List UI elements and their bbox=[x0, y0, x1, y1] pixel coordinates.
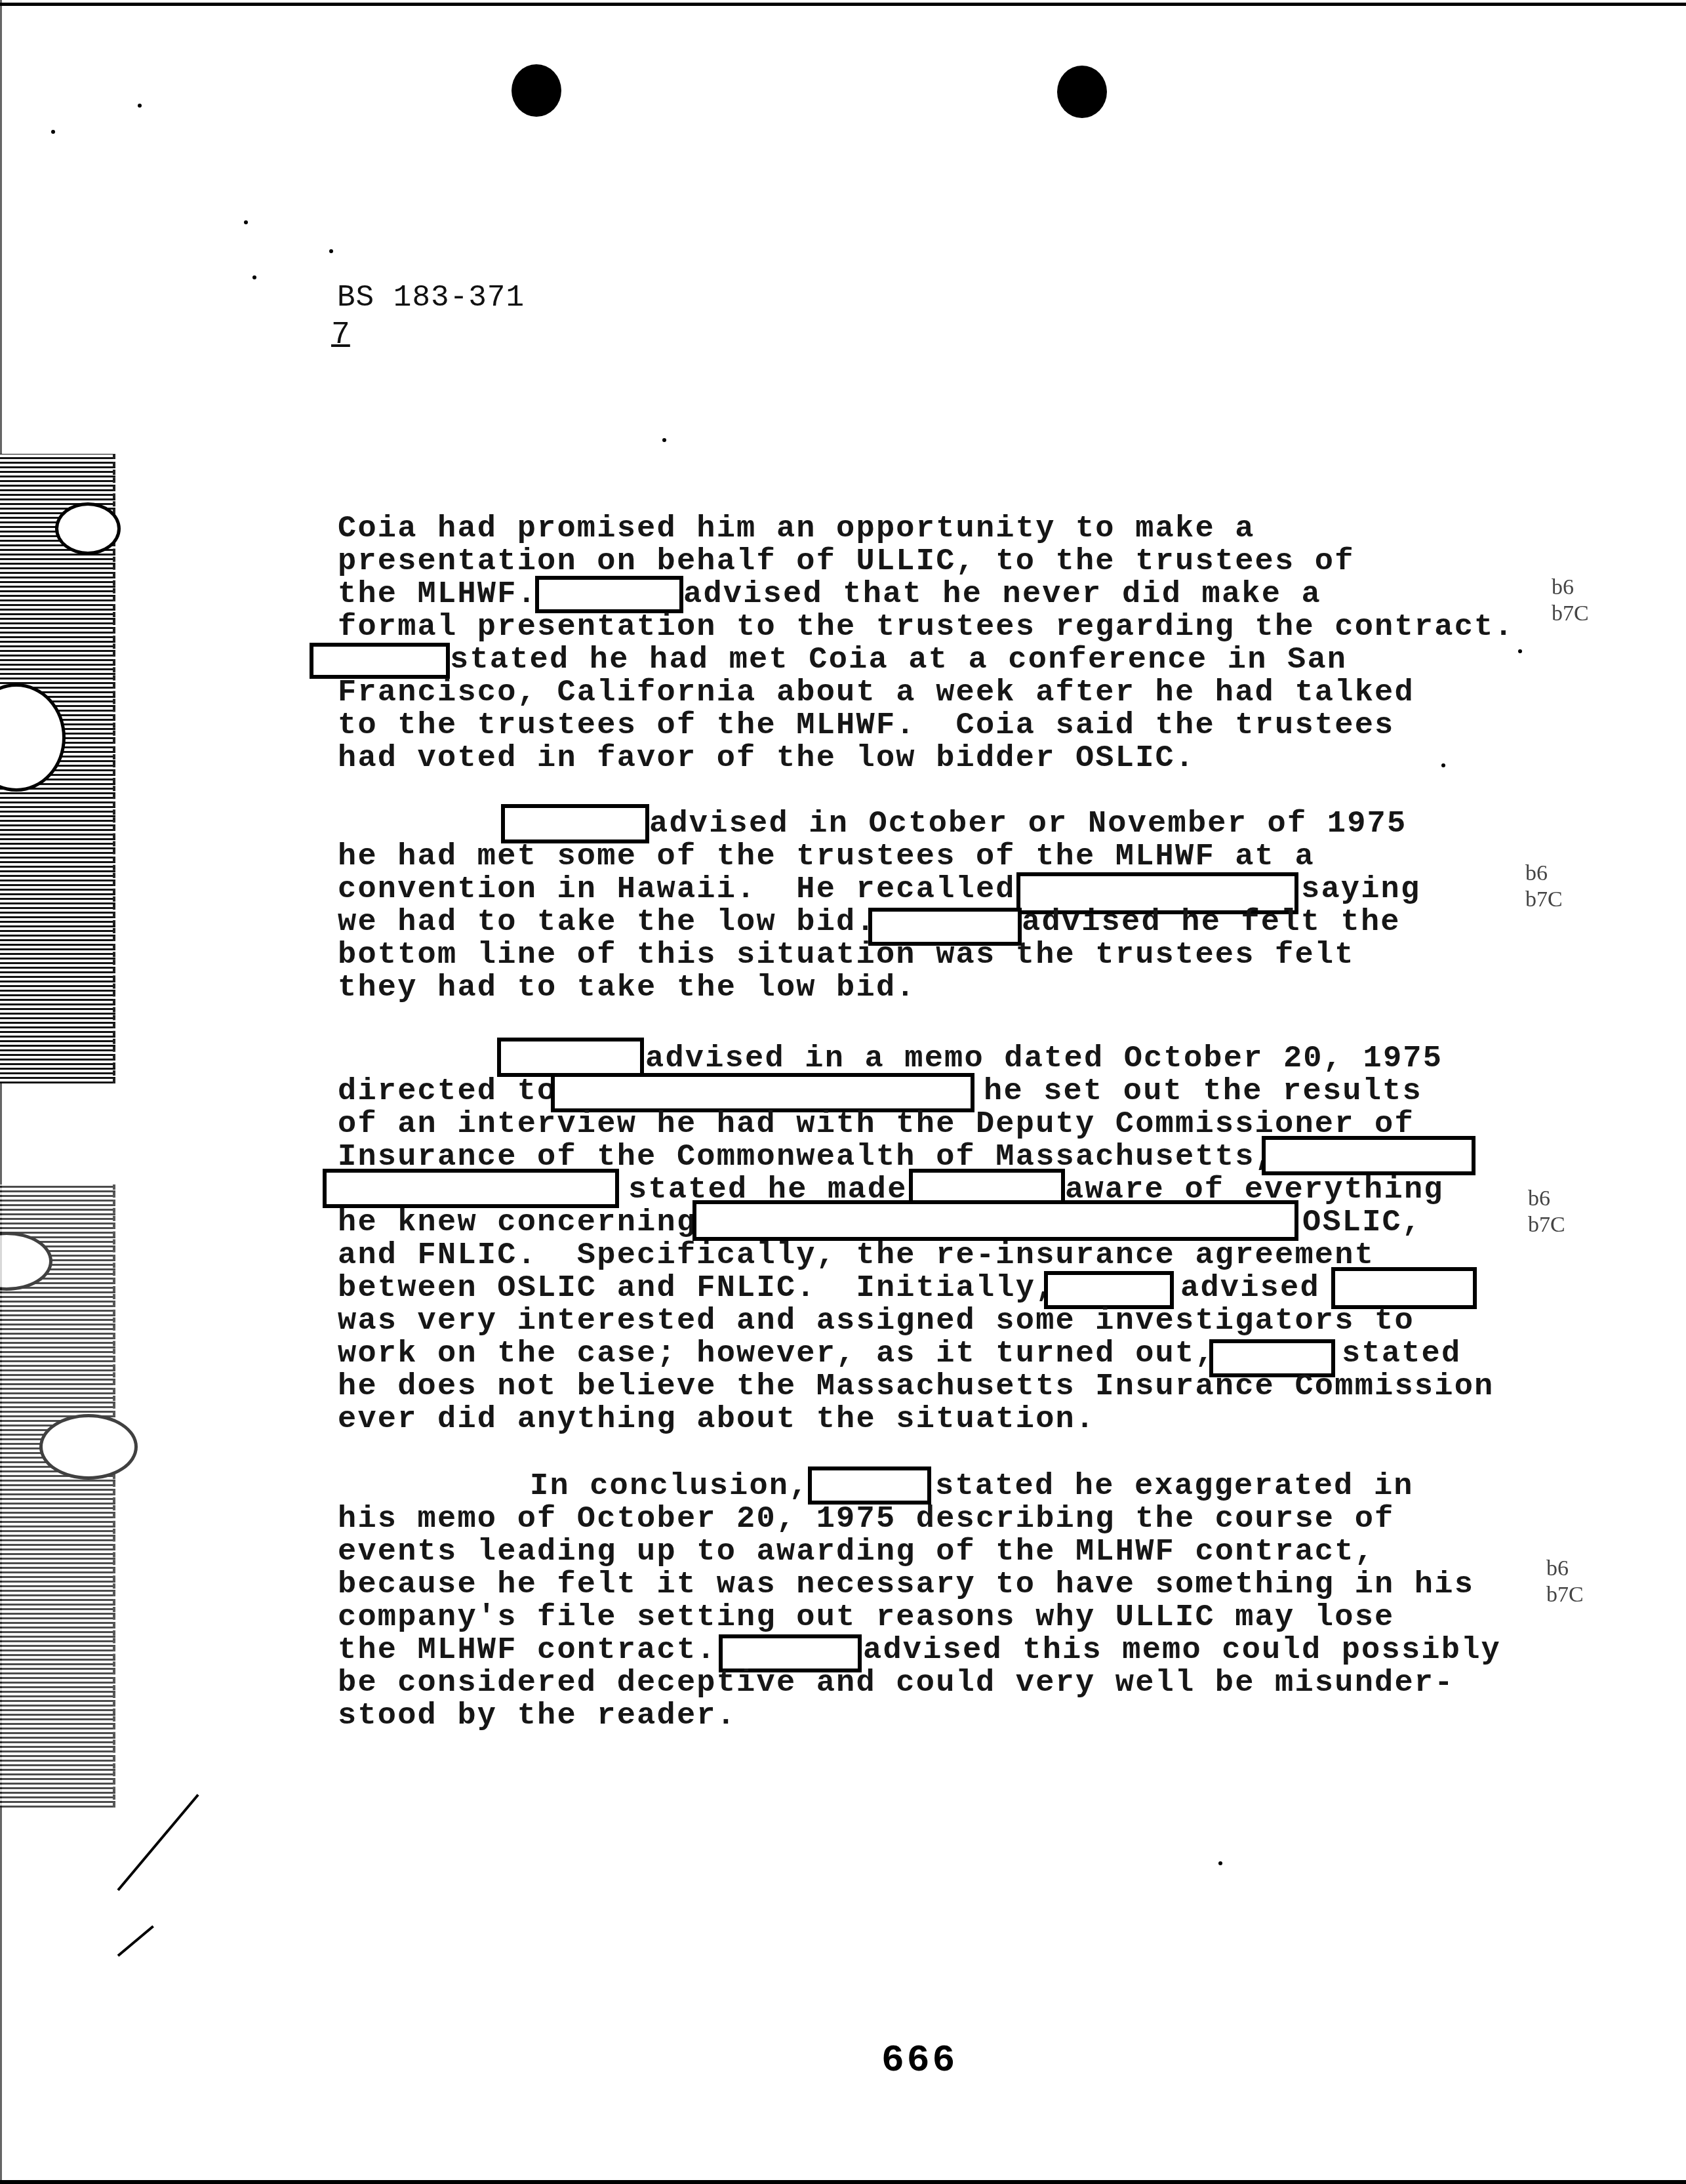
text-line: company's file setting out reasons why U… bbox=[338, 1602, 1394, 1634]
text-line: because he felt it was necessary to have… bbox=[338, 1569, 1474, 1602]
redaction-box bbox=[323, 1169, 619, 1208]
speck bbox=[51, 130, 55, 134]
text-line: he had met some of the trustees of the M… bbox=[338, 841, 1315, 874]
left-edge-rule bbox=[0, 0, 2, 2184]
speck bbox=[1518, 649, 1522, 653]
scan-edge-strip-upper bbox=[0, 454, 115, 1083]
speck bbox=[1218, 1861, 1222, 1865]
text-line: stated he had met Coia at a conference i… bbox=[450, 644, 1347, 677]
text-line: formal presentation to the trustees rega… bbox=[338, 611, 1514, 644]
redaction-box bbox=[1262, 1136, 1475, 1175]
bottom-edge-rule bbox=[0, 2180, 1686, 2184]
redaction-box bbox=[497, 1038, 644, 1077]
exemption-code: b7C bbox=[1552, 601, 1589, 627]
text-line: we had to take the low bid. bbox=[338, 906, 876, 939]
text-line: presentation on behalf of ULLIC, to the … bbox=[338, 546, 1355, 578]
document-page: BS 183-371 7 Coia had promised him an op… bbox=[0, 0, 1686, 2184]
text-line: advised in October or November of 1975 bbox=[649, 808, 1407, 841]
text-line: they had to take the low bid. bbox=[338, 972, 916, 1005]
text-line: advised bbox=[1180, 1272, 1320, 1305]
text-line: and FNLIC. Specifically, the re-insuranc… bbox=[338, 1240, 1375, 1272]
exemption-code: b6 bbox=[1528, 1186, 1565, 1212]
text-line: to the trustees of the MLHWF. Coia said … bbox=[338, 710, 1394, 742]
redaction-box bbox=[808, 1466, 931, 1505]
redaction-box bbox=[692, 1200, 1298, 1241]
text-line: between OSLIC and FNLIC. Initially, bbox=[338, 1272, 1056, 1305]
speck bbox=[138, 104, 142, 108]
text-line: stated he exaggerated in bbox=[935, 1470, 1414, 1503]
text-line: Francisco, California about a week after… bbox=[338, 677, 1415, 710]
file-number: BS 183-371 bbox=[337, 281, 525, 315]
text-line: was very interested and assigned some in… bbox=[338, 1305, 1415, 1338]
exemption-codes-2: b6 b7C bbox=[1525, 860, 1563, 913]
text-line: convention in Hawaii. He recalled bbox=[338, 874, 1016, 906]
text-line: bottom line of this situation was the tr… bbox=[338, 939, 1355, 972]
speck bbox=[244, 220, 248, 224]
text-line: advised he felt the bbox=[1022, 906, 1401, 939]
redaction-box bbox=[501, 804, 649, 843]
text-line: his memo of October 20, 1975 describing … bbox=[338, 1503, 1394, 1536]
redaction-box bbox=[535, 576, 683, 613]
redaction-box bbox=[1331, 1267, 1477, 1309]
text-line: had voted in favor of the low bidder OSL… bbox=[338, 742, 1195, 775]
exemption-code: b7C bbox=[1546, 1582, 1584, 1608]
text-line: be considered deceptive and could very w… bbox=[338, 1667, 1455, 1700]
page-index: 7 bbox=[331, 317, 350, 353]
speck bbox=[252, 275, 256, 279]
pencil-mark bbox=[117, 1794, 199, 1891]
top-edge-rule bbox=[0, 3, 1686, 6]
exemption-codes-1: b6 b7C bbox=[1552, 575, 1589, 627]
text-line: he set out the results bbox=[984, 1076, 1422, 1108]
text-line: directed to bbox=[338, 1076, 557, 1108]
footer-page-number: 666 bbox=[881, 2040, 957, 2082]
text-line: the MLHWF contract. bbox=[338, 1634, 717, 1667]
text-line: advised in a memo dated October 20, 1975 bbox=[645, 1043, 1443, 1076]
text-line: the MLHWF. bbox=[338, 578, 537, 611]
text-line: work on the case; however, as it turned … bbox=[338, 1338, 1215, 1371]
text-line: advised this memo could possibly bbox=[863, 1634, 1501, 1667]
punch-hole-right-icon bbox=[1057, 66, 1107, 118]
text-line: In conclusion, bbox=[530, 1470, 809, 1503]
redaction-box bbox=[310, 643, 450, 679]
text-line: OSLIC, bbox=[1302, 1207, 1422, 1240]
exemption-code: b7C bbox=[1525, 887, 1563, 913]
speck bbox=[662, 438, 666, 442]
exemption-code: b7C bbox=[1528, 1212, 1565, 1238]
text-line: saying bbox=[1301, 874, 1420, 906]
exemption-code: b6 bbox=[1525, 860, 1563, 887]
text-line: ever did anything about the situation. bbox=[338, 1404, 1095, 1436]
text-line: events leading up to awarding of the MLH… bbox=[338, 1536, 1375, 1569]
exemption-codes-4: b6 b7C bbox=[1546, 1556, 1584, 1608]
speck bbox=[329, 249, 333, 253]
redaction-box bbox=[551, 1073, 974, 1112]
strip-hole-icon bbox=[0, 683, 66, 792]
text-line: stated bbox=[1342, 1338, 1461, 1371]
strip-hole-icon bbox=[55, 502, 121, 555]
speck bbox=[1441, 763, 1445, 767]
text-line: advised that he never did make a bbox=[683, 578, 1321, 611]
pencil-mark bbox=[117, 1925, 154, 1956]
scan-edge-strip-lower bbox=[0, 1184, 115, 1808]
exemption-code: b6 bbox=[1552, 575, 1589, 601]
text-line: of an interview he had with the Deputy C… bbox=[338, 1108, 1415, 1141]
text-line: Coia had promised him an opportunity to … bbox=[338, 513, 1255, 546]
exemption-codes-3: b6 b7C bbox=[1528, 1186, 1565, 1238]
text-line: he knew concerning bbox=[338, 1207, 696, 1240]
strip-hole-icon bbox=[0, 1232, 52, 1291]
strip-hole-icon bbox=[39, 1414, 138, 1480]
punch-hole-left-icon bbox=[512, 64, 561, 117]
text-line: stood by the reader. bbox=[338, 1700, 736, 1733]
exemption-code: b6 bbox=[1546, 1556, 1584, 1582]
text-line: he does not believe the Massachusetts In… bbox=[338, 1371, 1494, 1404]
